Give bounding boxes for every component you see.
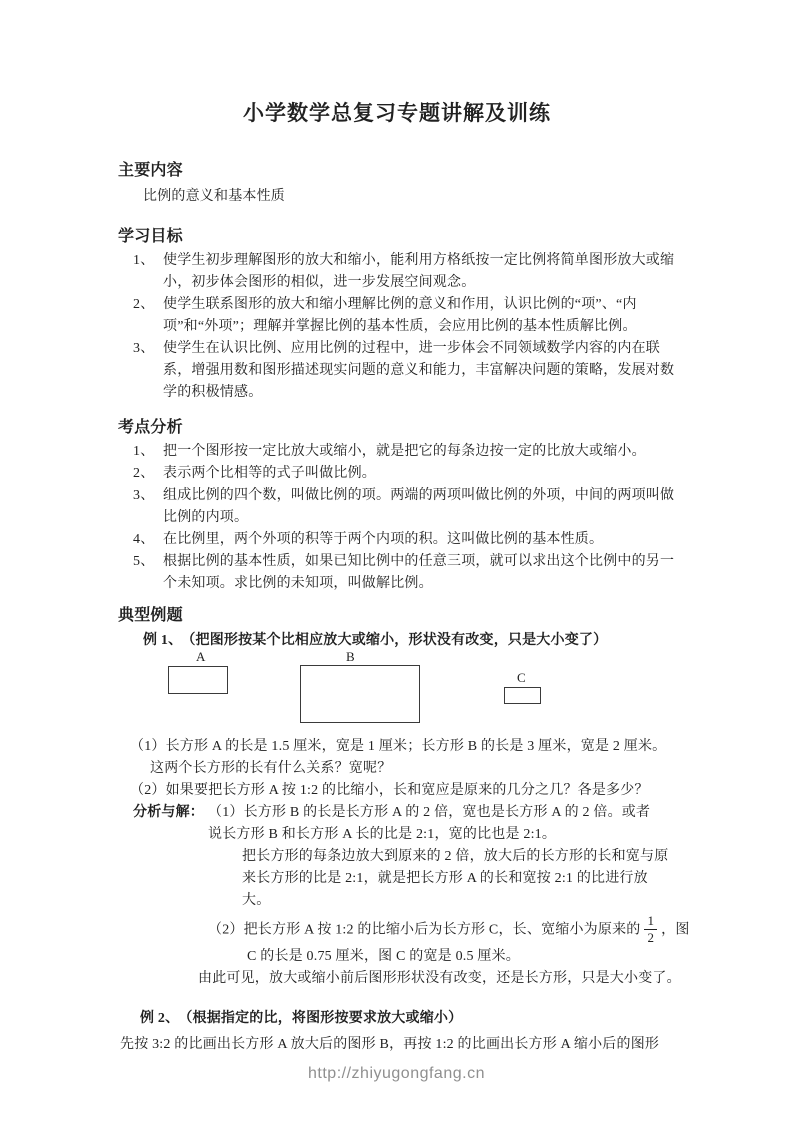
rectangle-b <box>300 665 420 723</box>
exam-points-list: 1、 把一个图形按一定比放大或缩小，就是把它的每条边按一定的比放大或缩小。 2、… <box>118 441 676 595</box>
item-number: 1、 <box>133 441 154 463</box>
section-heading-main-content: 主要内容 <box>118 161 676 181</box>
objective-item-2: 2、 使学生联系图形的放大和缩小理解比例的意义和作用，认识比例的“项”、“内项”… <box>163 294 676 338</box>
document-page: 小学数学总复习专题讲解及训练 主要内容 比例的意义和基本性质 学习目标 1、 使… <box>0 0 793 1122</box>
rectangle-c <box>504 687 541 704</box>
section-heading-typical-examples: 典型例题 <box>118 606 676 626</box>
analysis-part-2-line-1: （2）把长方形 A 按 1:2 的比缩小后为长方形 C，长、宽缩小为原来的12，… <box>208 914 676 946</box>
item-number: 3、 <box>133 338 154 360</box>
analysis-part-2-pre: （2）把长方形 A 按 1:2 的比缩小后为长方形 C，长、宽缩小为原来的 <box>208 922 640 937</box>
exam-point-item-5: 5、 根据比例的基本性质，如果已知比例中的任意三项，就可以求出这个比例中的另一个… <box>163 551 676 595</box>
example2-label: 例 2、 <box>140 1011 179 1026</box>
item-number: 5、 <box>133 551 154 573</box>
footer-url: http://zhiyugongfang.cn <box>0 1063 793 1085</box>
item-number: 4、 <box>133 529 154 551</box>
example1-note: （把图形按某个比相应放大或缩小，形状没有改变，只是大小变了） <box>188 633 607 648</box>
section-heading-exam-points: 考点分析 <box>118 418 676 438</box>
example1-analysis: 分析与解： （1）长方形 B 的长是长方形 A 的 2 倍，宽也是长方形 A 的… <box>133 802 676 846</box>
item-text: 把一个图形按一定比放大或缩小，就是把它的每条边按一定的比放大或缩小。 <box>163 444 646 459</box>
example1-conclusion: 由此可见，放大或缩小前后图形形状没有改变，还是长方形，只是大小变了。 <box>198 968 676 990</box>
objective-item-3: 3、 使学生在认识比例、应用比例的过程中，进一步体会不同领域数学内容的内在联系，… <box>163 338 676 404</box>
analysis-label: 分析与解： <box>133 802 204 846</box>
item-text: 根据比例的基本性质，如果已知比例中的任意三项，就可以求出这个比例中的另一个未知项… <box>163 554 674 591</box>
analysis-part-2-post: ，图 <box>661 922 689 937</box>
item-text: 在比例里，两个外项的积等于两个内项的积。这叫做比例的基本性质。 <box>163 532 603 547</box>
exam-point-item-4: 4、 在比例里，两个外项的积等于两个内项的积。这叫做比例的基本性质。 <box>163 529 676 551</box>
rectangle-a-label: A <box>196 650 206 663</box>
item-text: 组成比例的四个数，叫做比例的项。两端的两项叫做比例的外项，中间的两项叫做比例的内… <box>163 488 674 525</box>
analysis-part-2-line-2: C 的长是 0.75 厘米，图 C 的宽是 0.5 厘米。 <box>247 946 676 968</box>
analysis-part-1b: 把长方形的每条边放大到原来的 2 倍，放大后的长方形的长和宽与原来长方形的比是 … <box>242 846 676 912</box>
item-text: 表示两个比相等的式子叫做比例。 <box>163 466 376 481</box>
example2-heading: 例 2、（根据指定的比，将图形按要求放大或缩小） <box>140 1008 676 1030</box>
example2-text: 先按 3:2 的比画出长方形 A 放大后的图形 B，再按 1:2 的比画出长方形… <box>120 1034 676 1056</box>
item-number: 2、 <box>133 463 154 485</box>
item-number: 2、 <box>133 294 154 316</box>
example1-heading: 例 1、（把图形按某个比相应放大或缩小，形状没有改变，只是大小变了） <box>143 630 676 652</box>
fraction-numerator: 1 <box>644 914 657 930</box>
exam-point-item-1: 1、 把一个图形按一定比放大或缩小，就是把它的每条边按一定的比放大或缩小。 <box>163 441 676 463</box>
objective-item-1: 1、 使学生初步理解图形的放大和缩小，能利用方格纸按一定比例将简单图形放大或缩小… <box>163 250 676 294</box>
exam-point-item-3: 3、 组成比例的四个数，叫做比例的项。两端的两项叫做比例的外项，中间的两项叫做比… <box>163 485 676 529</box>
example1-question-2: （2）如果要把长方形 A 按 1:2 的比缩小，长和宽应是原来的几分之几？各是多… <box>150 780 676 802</box>
item-number: 3、 <box>133 485 154 507</box>
example1-question-1: （1）长方形 A 的长是 1.5 厘米，宽是 1 厘米；长方形 B 的长是 3 … <box>150 736 676 780</box>
exam-point-item-2: 2、 表示两个比相等的式子叫做比例。 <box>163 463 676 485</box>
example1-figure: A B C <box>118 656 676 728</box>
document-content: 小学数学总复习专题讲解及训练 主要内容 比例的意义和基本性质 学习目标 1、 使… <box>118 96 676 1056</box>
objectives-list: 1、 使学生初步理解图形的放大和缩小，能利用方格纸按一定比例将简单图形放大或缩小… <box>118 250 676 404</box>
fraction-denominator: 2 <box>644 930 657 945</box>
section-heading-objectives: 学习目标 <box>118 227 676 247</box>
item-text: 使学生初步理解图形的放大和缩小，能利用方格纸按一定比例将简单图形放大或缩小，初步… <box>163 253 674 290</box>
rectangle-a <box>168 666 228 694</box>
example2-note: （根据指定的比，将图形按要求放大或缩小） <box>185 1011 462 1026</box>
item-number: 1、 <box>133 250 154 272</box>
item-text: 使学生联系图形的放大和缩小理解比例的意义和作用，认识比例的“项”、“内项”和“外… <box>163 297 637 334</box>
example1-label: 例 1、 <box>143 633 182 648</box>
analysis-part-1: （1）长方形 B 的长是长方形 A 的 2 倍，宽也是长方形 A 的 2 倍。或… <box>208 802 664 846</box>
rectangle-b-label: B <box>346 650 355 663</box>
main-content-text: 比例的意义和基本性质 <box>143 186 676 208</box>
one-half-fraction: 12 <box>644 914 657 946</box>
rectangle-c-label: C <box>517 671 526 684</box>
item-text: 使学生在认识比例、应用比例的过程中，进一步体会不同领域数学内容的内在联系，增强用… <box>163 341 674 400</box>
page-title: 小学数学总复习专题讲解及训练 <box>118 100 676 128</box>
